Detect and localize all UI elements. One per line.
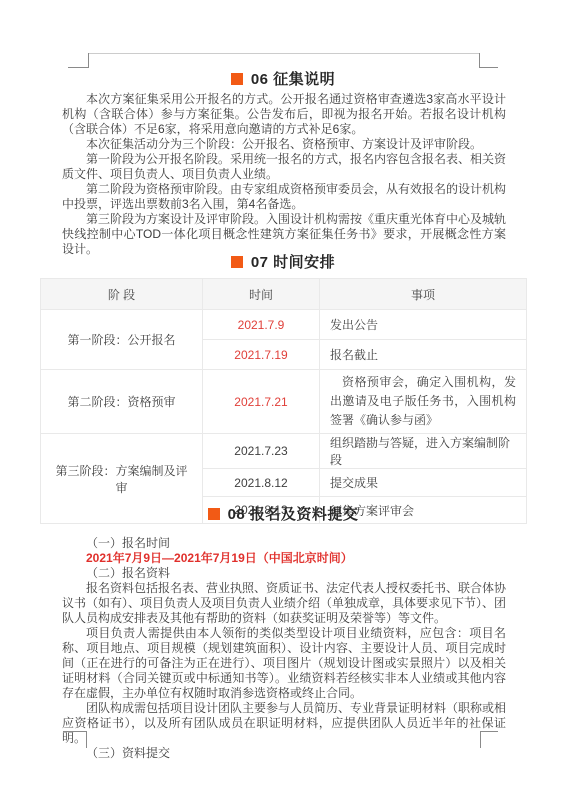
section-08-title: 08 报名及资料提交	[228, 503, 359, 524]
item-cell: 资格预审会，确定入围机构，发出邀请及电子版任务书，入围机构签署《确认参与函》	[320, 370, 527, 434]
section-06-title: 06 征集说明	[251, 68, 335, 89]
section-bullet-icon	[231, 256, 243, 268]
section-bullet-icon	[208, 508, 220, 520]
time-cell: 2021.8.12	[203, 469, 320, 497]
paragraph: 第二阶段为资格预审阶段。由专家组成资格预审委员会，从有效报名的设计机构中投票，评…	[62, 182, 506, 212]
subitem-label: （三）资料提交	[62, 746, 506, 761]
item-cell: 组织踏勘与答疑，进入方案编制阶段	[320, 434, 527, 469]
crop-mark-top-left-vertical	[88, 53, 89, 68]
time-cell: 2021.7.23	[203, 434, 320, 469]
item-cell: 发出公告	[320, 310, 527, 340]
header-cell-item: 事项	[320, 279, 527, 310]
table-row: 第二阶段：资格预审 2021.7.21 资格预审会，确定入围机构，发出邀请及电子…	[41, 370, 527, 434]
section-06-heading: 06 征集说明	[0, 68, 566, 89]
document-page: 06 征集说明 本次方案征集采用公开报名的方式。公开报名通过资格审查遴选3家高水…	[0, 0, 566, 800]
top-boundary-line	[88, 53, 480, 54]
time-cell: 2021.7.9	[203, 310, 320, 340]
section-07-title: 07 时间安排	[251, 251, 335, 272]
paragraph: 项目负责人需提供由本人领衔的类似类型设计项目业绩资料，应包含：项目名称、项目地点…	[62, 626, 506, 701]
header-cell-stage: 阶 段	[41, 279, 203, 310]
section-08-body: （一）报名时间 2021年7月9日—2021年7月19日（中国北京时间） （二）…	[62, 536, 506, 761]
item-cell: 提交成果	[320, 469, 527, 497]
paragraph: 报名资料包括报名表、营业执照、资质证书、法定代表人授权委托书、联合体协议书（如有…	[62, 581, 506, 626]
section-07-heading: 07 时间安排	[0, 251, 566, 272]
stage-cell: 第一阶段：公开报名	[41, 310, 203, 370]
paragraph: 团队构成需包括项目设计团队主要参与人员简历、专业背景证明材料（职称或相应资格证书…	[62, 701, 506, 746]
crop-mark-top-right-vertical	[479, 53, 480, 68]
table-header-row: 阶 段 时间 事项	[41, 279, 527, 310]
section-06-body: 本次方案征集采用公开报名的方式。公开报名通过资格审查遴选3家高水平设计机构（含联…	[62, 92, 506, 257]
section-bullet-icon	[231, 73, 243, 85]
time-cell: 2021.7.19	[203, 340, 320, 370]
registration-date-range: 2021年7月9日—2021年7月19日（中国北京时间）	[62, 551, 506, 566]
stage-cell: 第二阶段：资格预审	[41, 370, 203, 434]
section-08-heading: 08 报名及资料提交	[0, 503, 566, 524]
table-row: 第三阶段：方案编制及评审 2021.7.23 组织踏勘与答疑，进入方案编制阶段	[41, 434, 527, 469]
paragraph: 第一阶段为公开报名阶段。采用统一报名的方式，报名内容包含报名表、相关资质文件、项…	[62, 152, 506, 182]
header-cell-time: 时间	[203, 279, 320, 310]
paragraph: 本次征集活动分为三个阶段：公开报名、资格预审、方案设计及评审阶段。	[62, 137, 506, 152]
paragraph: 本次方案征集采用公开报名的方式。公开报名通过资格审查遴选3家高水平设计机构（含联…	[62, 92, 506, 137]
subitem-label: （一）报名时间	[62, 536, 506, 551]
time-cell: 2021.7.21	[203, 370, 320, 434]
item-cell: 报名截止	[320, 340, 527, 370]
subitem-label: （二）报名资料	[62, 566, 506, 581]
schedule-table: 阶 段 时间 事项 第一阶段：公开报名 2021.7.9 发出公告 2021.7…	[40, 278, 527, 524]
table-row: 第一阶段：公开报名 2021.7.9 发出公告	[41, 310, 527, 340]
